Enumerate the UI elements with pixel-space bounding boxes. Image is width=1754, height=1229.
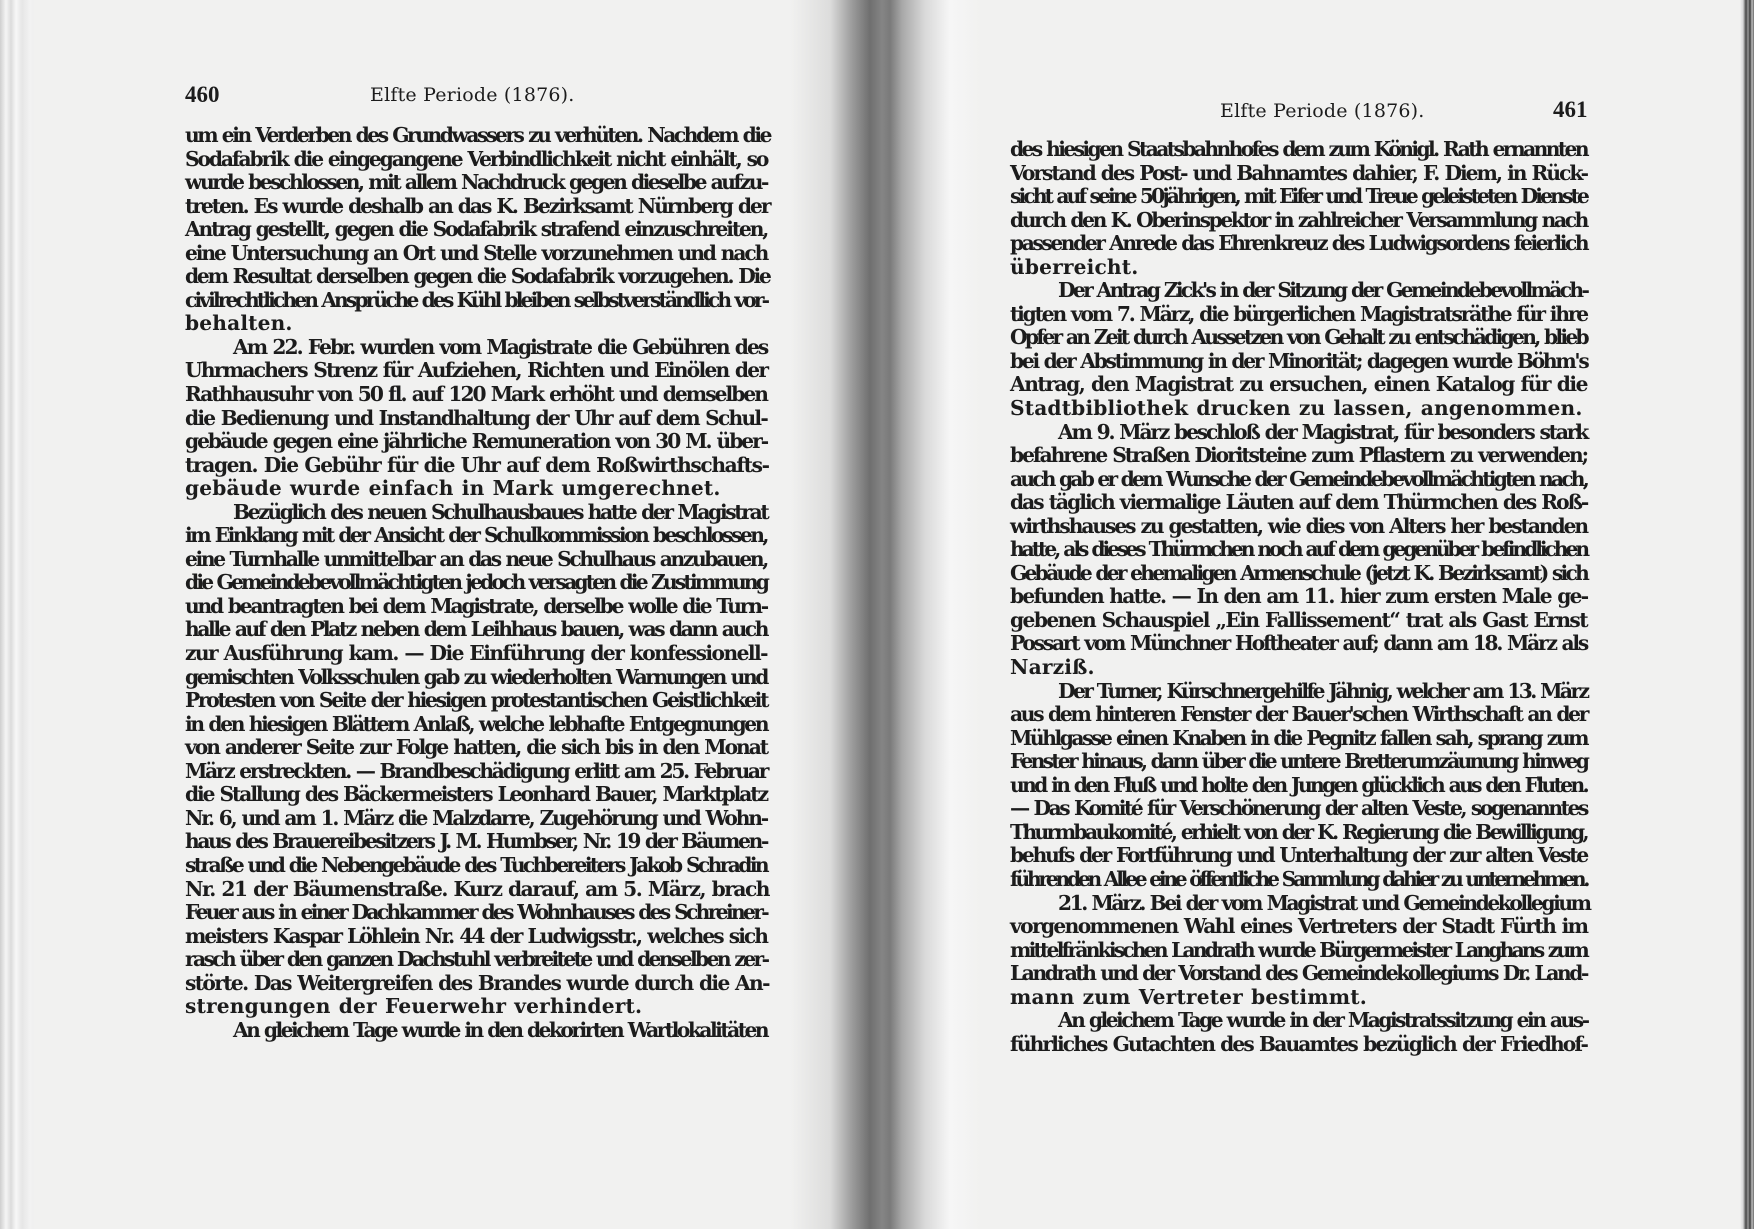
- page-number: 460: [185, 82, 220, 108]
- text-line: mittelfränkischen Landrath wurde Bürgerm…: [1010, 939, 1587, 963]
- running-head: Elfte Periode (1876).: [370, 84, 575, 106]
- text-line: Nr. 21 der Bäumenstraße. Kurz darauf, am…: [185, 878, 767, 902]
- text-line: meisters Kaspar Löhlein Nr. 44 der Ludwi…: [185, 925, 767, 949]
- text-line: und in den Fluß und holte den Jungen glü…: [1010, 774, 1587, 798]
- text-line: tigten vom 7. März, die bürgerlichen Mag…: [1010, 303, 1587, 327]
- text-line: die Bedienung und Instandhaltung der Uhr…: [185, 407, 767, 431]
- text-line: wurde beschlossen, mit allem Nachdruck g…: [185, 171, 767, 195]
- text-line: tragen. Die Gebühr für die Uhr auf dem R…: [185, 454, 767, 478]
- text-line: sicht auf seine 50jährigen, mit Eifer un…: [1010, 185, 1587, 209]
- text-line: Fenster hinaus, dann über die untere Bre…: [1010, 750, 1587, 774]
- text-line: mann zum Vertreter bestimmt.: [1010, 986, 1587, 1010]
- text-line: eine Untersuchung an Ort und Stelle vorz…: [185, 242, 767, 266]
- text-line: Sodafabrik die eingegangene Verbindlichk…: [185, 148, 767, 172]
- text-line: Protesten von Seite der hiesigen protest…: [185, 689, 767, 713]
- text-line: strengungen der Feuerwehr verhindert.: [185, 995, 767, 1019]
- text-line: Vorstand des Post- und Bahnamtes dahier,…: [1010, 162, 1587, 186]
- text-line: rasch über den ganzen Dachstuhl verbreit…: [185, 948, 767, 972]
- text-line: die Stallung des Bäckermeisters Leonhard…: [185, 783, 767, 807]
- text-line: behalten.: [185, 312, 767, 336]
- text-line: eine Turnhalle unmittelbar an das neue S…: [185, 548, 767, 572]
- text-line: Antrag, den Magistrat zu ersuchen, einen…: [1010, 373, 1587, 397]
- left-page: 460 Elfte Periode (1876). um ein Verderb…: [34, 0, 824, 1229]
- text-line: Stadtbibliothek drucken zu lassen, angen…: [1010, 397, 1587, 421]
- text-line: Landrath und der Vorstand des Gemeindeko…: [1010, 962, 1587, 986]
- text-line: Mühlgasse einen Knaben in die Pegnitz fa…: [1010, 727, 1587, 751]
- text-line: Antrag gestellt, gegen die Sodafabrik st…: [185, 218, 767, 242]
- text-line: wirthshauses zu gestatten, wie dies von …: [1010, 515, 1587, 539]
- body-text: um ein Verderben des Grundwassers zu ver…: [185, 124, 767, 1042]
- text-line: gebäude gegen eine jährliche Remuneratio…: [185, 430, 767, 454]
- right-page: Elfte Periode (1876). 461 des hiesigen S…: [930, 0, 1740, 1229]
- left-page-edge: [0, 0, 34, 1229]
- text-line: Gebäude der ehemaligen Armenschule (jetz…: [1010, 562, 1587, 586]
- text-line: befahrene Straßen Dioritsteine zum Pflas…: [1010, 444, 1587, 468]
- text-line: Uhrmachers Strenz für Aufziehen, Richten…: [185, 359, 767, 383]
- text-line: führliches Gutachten des Bauamtes bezügl…: [1010, 1033, 1587, 1057]
- text-line: und beantragten bei dem Magistrate, ders…: [185, 595, 767, 619]
- text-line: dem Resultat derselben gegen die Sodafab…: [185, 265, 767, 289]
- text-line: März erstreckten. — Brandbeschädigung er…: [185, 760, 767, 784]
- text-line: führenden Allee eine öffentliche Sammlun…: [1010, 868, 1587, 892]
- text-line: Feuer aus in einer Dachkammer des Wohnha…: [185, 901, 767, 925]
- text-line: 21. März. Bei der vom Magistrat und Geme…: [1010, 892, 1587, 916]
- text-line: bei der Abstimmung in der Minorität; dag…: [1010, 350, 1587, 374]
- running-head: Elfte Periode (1876).: [1220, 100, 1425, 122]
- text-line: durch den K. Oberinspektor in zahlreiche…: [1010, 209, 1587, 233]
- text-line: die Gemeindebevollmächtigten jedoch vers…: [185, 571, 767, 595]
- text-line: Narziß.: [1010, 656, 1587, 680]
- text-line: halle auf den Platz neben dem Leihhaus b…: [185, 618, 767, 642]
- text-line: auch gab er dem Wunsche der Gemeindebevo…: [1010, 468, 1587, 492]
- book-spread: 460 Elfte Periode (1876). um ein Verderb…: [0, 0, 1754, 1229]
- text-line: des hiesigen Staatsbahnhofes dem zum Kön…: [1010, 138, 1587, 162]
- text-line: von anderer Seite zur Folge hatten, die …: [185, 736, 767, 760]
- text-line: An gleichem Tage wurde in den dekorirten…: [185, 1019, 767, 1043]
- text-line: im Einklang mit der Ansicht der Schulkom…: [185, 524, 767, 548]
- text-line: in den hiesigen Blättern Anlaß, welche l…: [185, 713, 767, 737]
- text-line: Possart vom Münchner Hoftheater auf; dan…: [1010, 632, 1587, 656]
- text-line: um ein Verderben des Grundwassers zu ver…: [185, 124, 767, 148]
- text-line: passender Anrede das Ehrenkreuz des Ludw…: [1010, 232, 1587, 256]
- text-line: An gleichem Tage wurde in der Magistrats…: [1010, 1009, 1587, 1033]
- text-line: Nr. 6, und am 1. März die Malzdarre, Zug…: [185, 807, 767, 831]
- text-line: gebenen Schauspiel „Ein Fallissement“ tr…: [1010, 609, 1587, 633]
- text-line: hatte, als dieses Thürmchen noch auf dem…: [1010, 538, 1587, 562]
- page-number: 461: [1553, 97, 1588, 123]
- text-line: Der Turner, Kürschnergehilfe Jähnig, wel…: [1010, 680, 1587, 704]
- text-line: straße und die Nebengebäude des Tuchbere…: [185, 854, 767, 878]
- text-line: überreicht.: [1010, 256, 1587, 280]
- text-line: befunden hatte. — In den am 11. hier zum…: [1010, 585, 1587, 609]
- text-line: das täglich viermalige Läuten auf dem Th…: [1010, 491, 1587, 515]
- right-page-edge: [1740, 0, 1754, 1229]
- text-line: Thurmbaukomité, erhielt von der K. Regie…: [1010, 821, 1587, 845]
- body-text: des hiesigen Staatsbahnhofes dem zum Kön…: [1010, 138, 1587, 1056]
- text-line: Am 22. Febr. wurden vom Magistrate die G…: [185, 336, 767, 360]
- text-line: Opfer an Zeit durch Aussetzen von Gehalt…: [1010, 326, 1587, 350]
- text-line: civilrechtlichen Ansprüche des Kühl blei…: [185, 289, 767, 313]
- text-line: treten. Es wurde deshalb an das K. Bezir…: [185, 195, 767, 219]
- text-line: haus des Brauereibesitzers J. M. Humbser…: [185, 830, 767, 854]
- text-line: gebäude wurde einfach in Mark umgerechne…: [185, 477, 767, 501]
- text-line: vorgenommenen Wahl eines Vertreters der …: [1010, 915, 1587, 939]
- text-line: Bezüglich des neuen Schulhausbaues hatte…: [185, 501, 767, 525]
- text-line: — Das Komité für Verschönerung der alten…: [1010, 797, 1587, 821]
- text-line: Am 9. März beschloß der Magistrat, für b…: [1010, 421, 1587, 445]
- text-line: störte. Das Weitergreifen des Brandes wu…: [185, 972, 767, 996]
- text-line: aus dem hinteren Fenster der Bauer'schen…: [1010, 703, 1587, 727]
- text-line: zur Ausführung kam. — Die Einführung der…: [185, 642, 767, 666]
- text-line: Rathhausuhr von 50 fl. auf 120 Mark erhö…: [185, 383, 767, 407]
- text-line: Der Antrag Zick's in der Sitzung der Gem…: [1010, 279, 1587, 303]
- text-line: gemischten Volksschulen gab zu wiederhol…: [185, 666, 767, 690]
- text-line: behufs der Fortführung und Unterhaltung …: [1010, 844, 1587, 868]
